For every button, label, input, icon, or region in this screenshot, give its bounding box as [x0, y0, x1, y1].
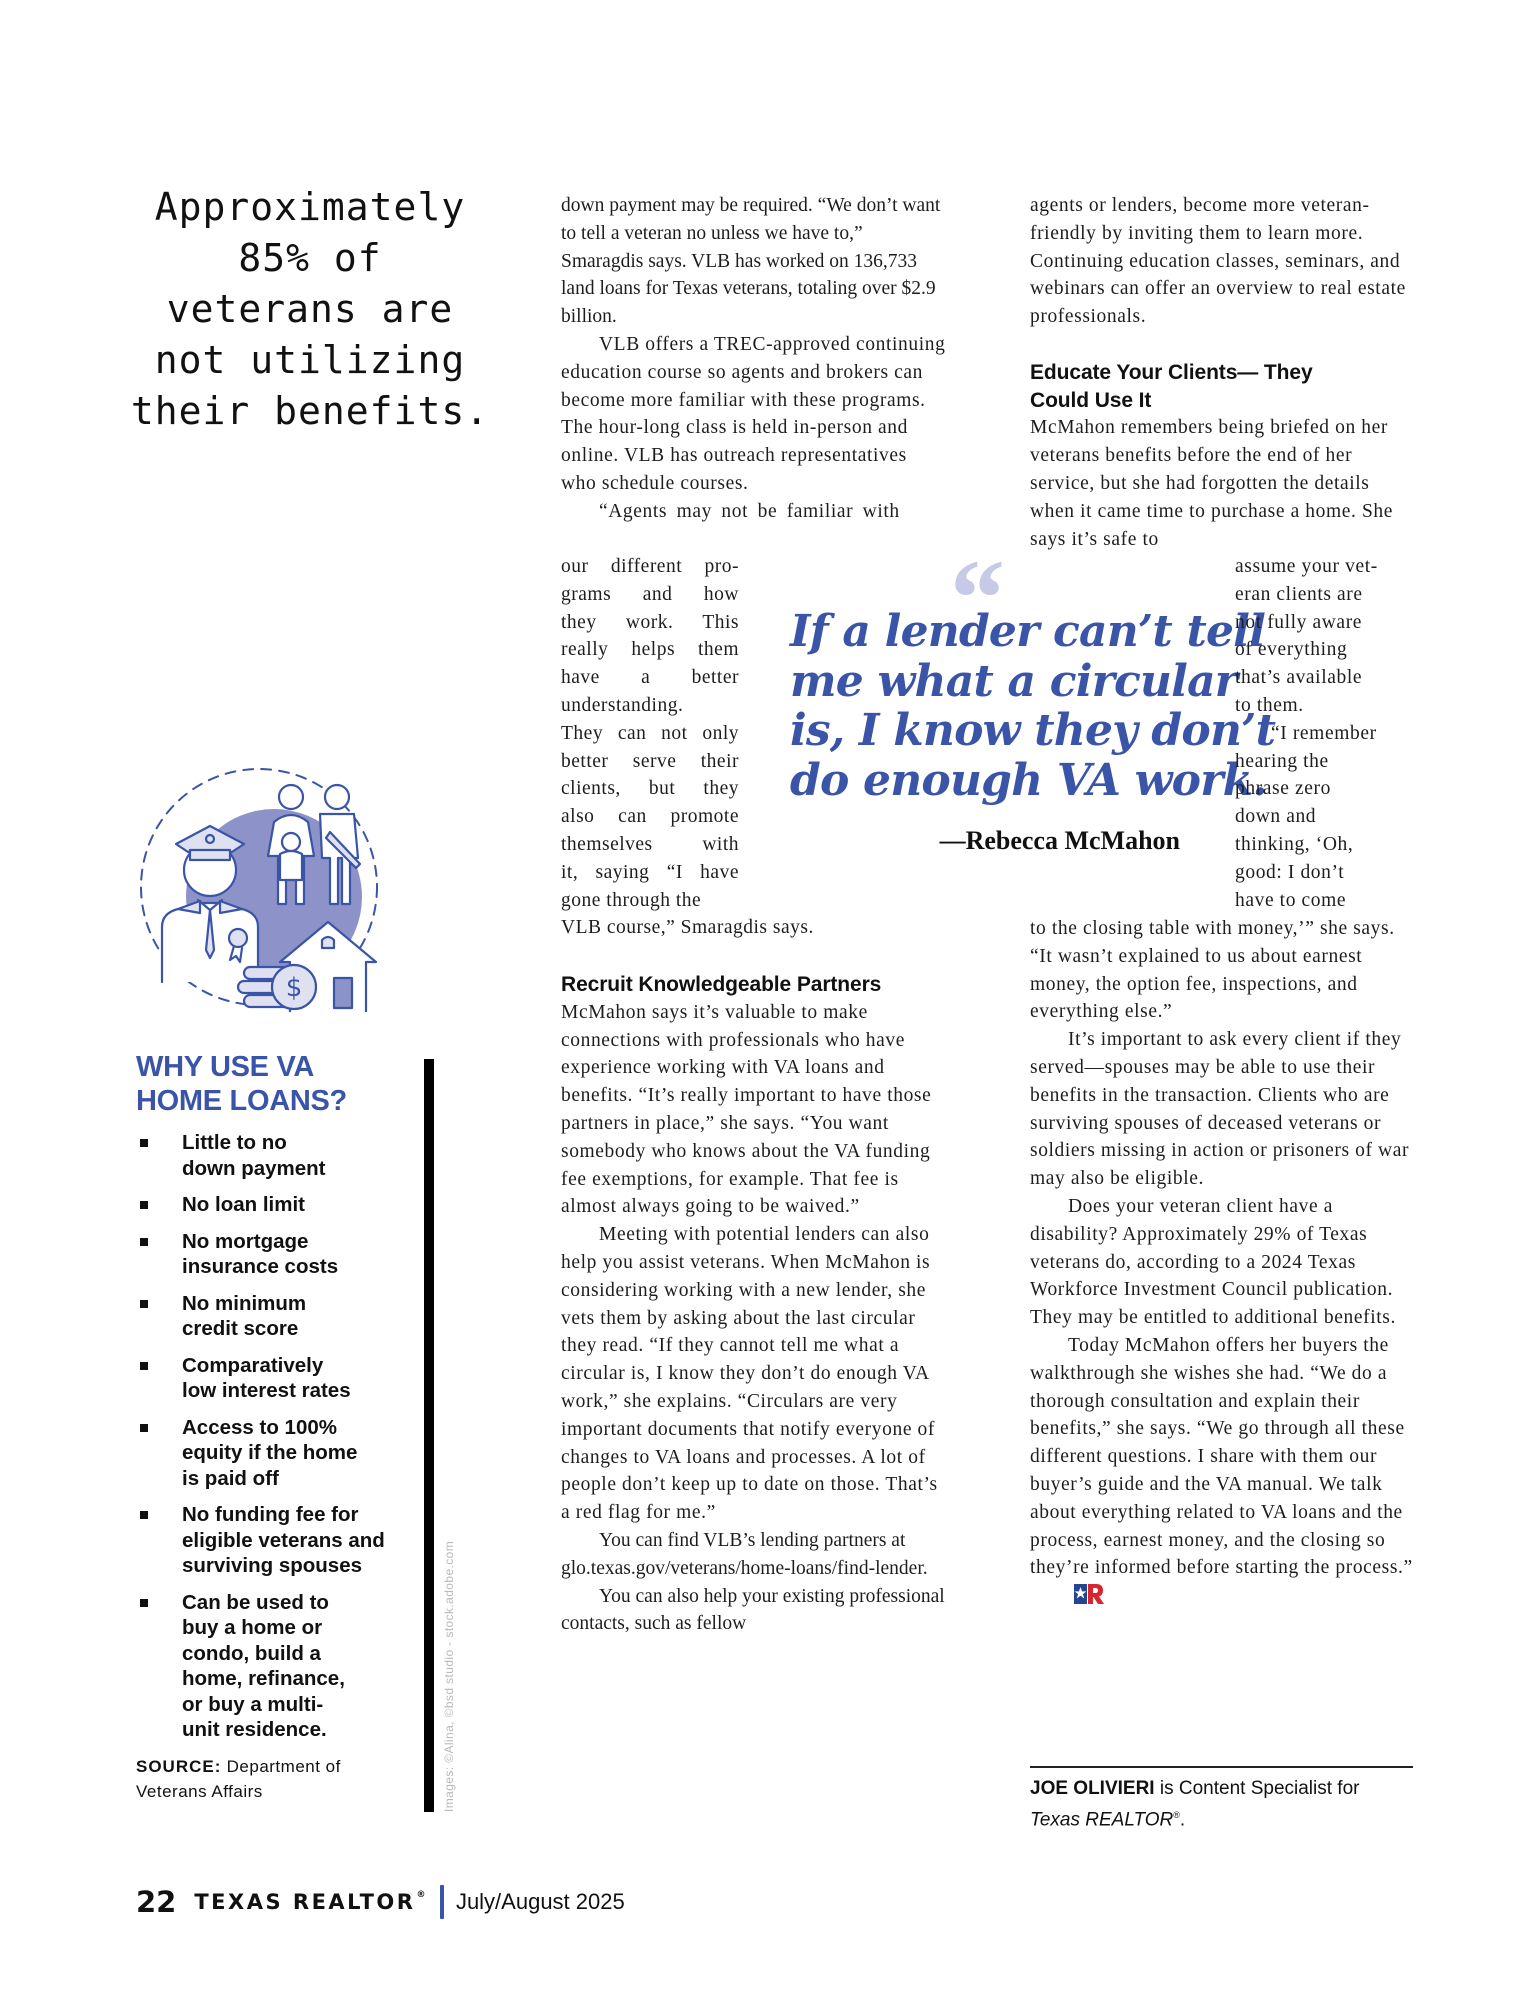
texas-realtor-logo-icon [1036, 1582, 1066, 1606]
pull-quote-line: do enough VA work. [790, 756, 1190, 806]
paragraph: You can find VLB’s lending partners at g… [561, 1527, 946, 1583]
list-item-text: condo, build a [182, 1641, 416, 1667]
source-label: SOURCE: [136, 1757, 221, 1776]
list-item-text: low interest rates [182, 1378, 416, 1404]
article-column-right-wrap: assume your vet- eran clients are not fu… [1235, 553, 1415, 914]
section-heading: Educate Your Clients— They Could Use It [1030, 359, 1330, 415]
list-item-text: Access to 100% [182, 1415, 416, 1441]
text-line: really helps them [561, 636, 739, 664]
list-item-text: eligible veterans and [182, 1528, 416, 1554]
source-text: Veterans Affairs [136, 1779, 416, 1804]
headline-line: not utilizing [130, 335, 490, 386]
article-column-middle-bottom: Recruit Knowledgeable Partners McMahon s… [561, 971, 946, 1638]
text-line: down and [1235, 803, 1415, 831]
bullet-square-icon [140, 1511, 148, 1519]
list-item-text: unit residence. [182, 1717, 416, 1743]
text-line: eran clients are [1235, 581, 1415, 609]
list-item-text: down payment [182, 1156, 416, 1182]
magazine-name-text: TEXAS REALTOR [194, 1890, 415, 1914]
list-item-text: surviving spouses [182, 1553, 416, 1579]
paragraph-text: Today McMahon offers her buyers the walk… [1030, 1335, 1413, 1578]
list-item-text: credit score [182, 1316, 416, 1342]
text-line: “I remember [1235, 720, 1415, 748]
sidebar-divider-bar [424, 1059, 434, 1812]
paragraph: “Agents may not be familiar with [561, 498, 946, 526]
list-item: No funding fee foreligible veterans ands… [136, 1502, 416, 1579]
pull-quote: If a lender can’t tell me what a circula… [790, 607, 1190, 805]
text-line: have to come [1235, 887, 1415, 915]
paragraph: Does your veteran client have a disabili… [1030, 1193, 1415, 1332]
text-line: of everything [1235, 636, 1415, 664]
paragraph: to the closing table with money,’” she s… [1030, 915, 1415, 1026]
issue-date: July/August 2025 [456, 1889, 625, 1915]
list-item: Access to 100%equity if the homeis paid … [136, 1415, 416, 1492]
text-line: good: I don’t [1235, 859, 1415, 887]
list-item: Can be used tobuy a home orcondo, build … [136, 1590, 416, 1743]
author-name: JOE OLIVIERI [1030, 1778, 1155, 1799]
headline-callout: Approximately 85% of veterans are not ut… [130, 182, 490, 437]
pull-quote-attribution: —Rebecca McMahon [790, 826, 1180, 856]
bullet-square-icon [140, 1362, 148, 1370]
paragraph: McMahon says it’s valuable to make conne… [561, 999, 946, 1221]
headline-line: veterans are [130, 284, 490, 335]
paragraph: It’s important to ask every client if th… [1030, 1026, 1415, 1193]
punctuation: . [1180, 1809, 1185, 1830]
text-line: also can promote [561, 803, 739, 831]
bio-divider [1030, 1766, 1413, 1768]
article-column-right-top: agents or lenders, become more veteran-f… [1030, 192, 1415, 553]
list-item-text: buy a home or [182, 1615, 416, 1641]
magazine-name: TEXAS REALTOR® [194, 1890, 428, 1914]
author-bio-text: is Content Specialist for [1155, 1778, 1360, 1799]
list-item: No mortgageinsurance costs [136, 1229, 416, 1280]
list-item-text: No funding fee for [182, 1502, 416, 1528]
list-item-text: or buy a multi- [182, 1692, 416, 1718]
text-line: better serve their [561, 748, 739, 776]
veteran-family-home-loan-icon: $ [134, 762, 384, 1012]
bullet-square-icon [140, 1599, 148, 1607]
text-line: gone through the [561, 887, 739, 915]
list-item-text: Little to no [182, 1130, 416, 1156]
paragraph: You can also help your existing professi… [561, 1583, 946, 1639]
bullet-square-icon [140, 1300, 148, 1308]
bullet-square-icon [140, 1238, 148, 1246]
text-line: to them. [1235, 692, 1415, 720]
list-item-text: insurance costs [182, 1254, 416, 1280]
list-item: No minimumcredit score [136, 1291, 416, 1342]
text-line: They can not only [561, 720, 739, 748]
list-item-text: No minimum [182, 1291, 416, 1317]
registered-mark: ® [1173, 1810, 1180, 1820]
section-heading: Recruit Knowledgeable Partners [561, 971, 946, 999]
paragraph: Today McMahon offers her buyers the walk… [1030, 1332, 1415, 1611]
sidebar-title: WHY USE VA HOME LOANS? [136, 1050, 406, 1118]
list-item: Little to nodown payment [136, 1130, 416, 1181]
publication-name: Texas REALTOR [1030, 1809, 1173, 1830]
source-text: Department of [221, 1757, 340, 1776]
author-bio: JOE OLIVIERI is Content Specialist for T… [1030, 1775, 1420, 1833]
bullet-square-icon [140, 1139, 148, 1147]
footer-divider [440, 1885, 444, 1919]
paragraph: agents or lenders, become more veteran-f… [1030, 192, 1415, 331]
list-item: No loan limit [136, 1192, 416, 1218]
paragraph: McMahon remembers being briefed on her v… [1030, 414, 1415, 553]
text-line: themselves with [561, 831, 739, 859]
text-line: VLB course,” Smaragdis says. [561, 914, 739, 942]
article-column-middle-wrap: our different pro- grams and how they wo… [561, 553, 739, 942]
photo-credit: Images: ©Alina, ©bsd studio - stock.adob… [442, 1482, 456, 1812]
registered-mark: ® [416, 1890, 428, 1900]
text-line: that’s available [1235, 664, 1415, 692]
text-line: have a better [561, 664, 739, 692]
text-line: it, saying “I have [561, 859, 739, 887]
headline-line: Approximately [130, 182, 490, 233]
list-item-text: Can be used to [182, 1590, 416, 1616]
list-item: Comparativelylow interest rates [136, 1353, 416, 1404]
page-number: 22 [136, 1885, 176, 1919]
list-item-text: equity if the home [182, 1440, 416, 1466]
headline-line: 85% of [130, 233, 490, 284]
text-line: understanding. [561, 692, 739, 720]
text-line: assume your vet- [1235, 553, 1415, 581]
paragraph: Meeting with potential lenders can also … [561, 1221, 946, 1527]
paragraph: VLB offers a TREC-approved continuing ed… [561, 331, 946, 498]
pull-quote-line: If a lender can’t tell [790, 607, 1190, 657]
list-item-text: is paid off [182, 1466, 416, 1492]
bullet-square-icon [140, 1201, 148, 1209]
benefits-list: Little to nodown payment No loan limit N… [136, 1130, 416, 1754]
text-line: our different pro- [561, 553, 739, 581]
list-item-text: No mortgage [182, 1229, 416, 1255]
text-line: grams and how [561, 581, 739, 609]
sidebar-title-line: WHY USE VA [136, 1050, 406, 1084]
text-line: not fully aware [1235, 609, 1415, 637]
headline-line: their benefits. [130, 386, 490, 437]
bullet-square-icon [140, 1424, 148, 1432]
text-line: they work. This [561, 609, 739, 637]
article-column-right-bottom: to the closing table with money,’” she s… [1030, 915, 1415, 1611]
list-item-text: No loan limit [182, 1192, 416, 1218]
text-line: phrase zero [1235, 775, 1415, 803]
page-footer: 22 TEXAS REALTOR® July/August 2025 [136, 1882, 625, 1922]
text-line: clients, but they [561, 775, 739, 803]
svg-text:$: $ [286, 973, 303, 1003]
pull-quote-line: me what a circular [790, 657, 1190, 707]
text-line: thinking, ‘Oh, [1235, 831, 1415, 859]
article-column-middle-top: down payment may be required. “We don’t … [561, 192, 946, 526]
pull-quote-line: is, I know they don’t [790, 706, 1190, 756]
list-item-text: Comparatively [182, 1353, 416, 1379]
sidebar-title-line: HOME LOANS? [136, 1084, 406, 1118]
sidebar-source: SOURCE: Department of Veterans Affairs [136, 1754, 416, 1804]
list-item-text: home, refinance, [182, 1666, 416, 1692]
paragraph: down payment may be required. “We don’t … [561, 192, 946, 331]
text-line: hearing the [1235, 748, 1415, 776]
